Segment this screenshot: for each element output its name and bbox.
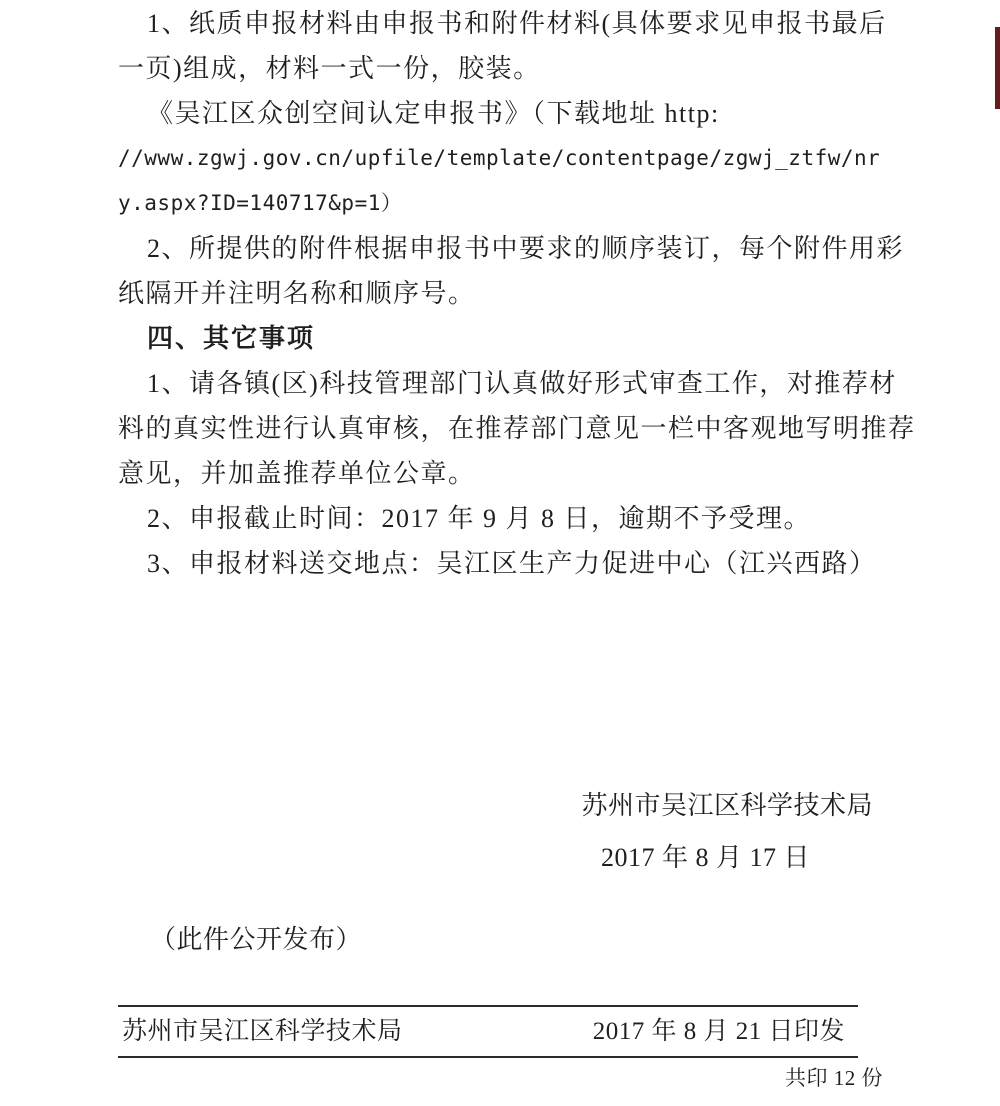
footer-rule-top [118,1005,858,1007]
scan-artifact-red-bar [995,27,1000,109]
document-body: 1、纸质申报材料由申报书和附件材料(具体要求见申报书最后 一页)组成，材料一式一… [118,1,893,586]
body-line: 一页)组成，材料一式一份，胶装。 [118,46,893,91]
download-url-line: y.aspx?ID=140717&p=1） [118,181,893,226]
body-line: 纸隔开并注明名称和顺序号。 [118,271,893,316]
section-heading: 四、其它事项 [118,316,893,361]
footer-print-date: 2017 年 8 月 21 日印发 [593,1014,845,1050]
public-release-note: （此件公开发布） [150,922,362,958]
body-line: 意见，并加盖推荐单位公章。 [118,451,893,496]
document-page: 1、纸质申报材料由申报书和附件材料(具体要求见申报书最后 一页)组成，材料一式一… [0,0,1000,1106]
delivery-address-line: 3、申报材料送交地点：吴江区生产力促进中心（江兴西路） [118,541,893,586]
signature-date: 2017 年 8 月 17 日 [601,840,810,876]
body-line: 2、所提供的附件根据申报书中要求的顺序装订，每个附件用彩 [118,226,893,271]
footer-issuer: 苏州市吴江区科学技术局 [122,1014,403,1050]
body-line: 料的真实性进行认真审核，在推荐部门意见一栏中客观地写明推荐 [118,406,893,451]
signature-issuer: 苏州市吴江区科学技术局 [581,788,873,824]
body-line: 《吴江区众创空间认定申报书》（下载地址 http: [118,91,893,136]
download-url-line: //www.zgwj.gov.cn/upfile/template/conten… [118,136,893,181]
footer-rule-bottom [118,1056,858,1058]
deadline-line: 2、申报截止时间：2017 年 9 月 8 日，逾期不予受理。 [118,496,893,541]
footer-row: 苏州市吴江区科学技术局 2017 年 8 月 21 日印发 [122,1014,845,1050]
print-copies-count: 共印 12 份 [785,1063,883,1093]
body-line: 1、请各镇(区)科技管理部门认真做好形式审查工作，对推荐材 [118,361,893,406]
body-line: 1、纸质申报材料由申报书和附件材料(具体要求见申报书最后 [118,1,893,46]
